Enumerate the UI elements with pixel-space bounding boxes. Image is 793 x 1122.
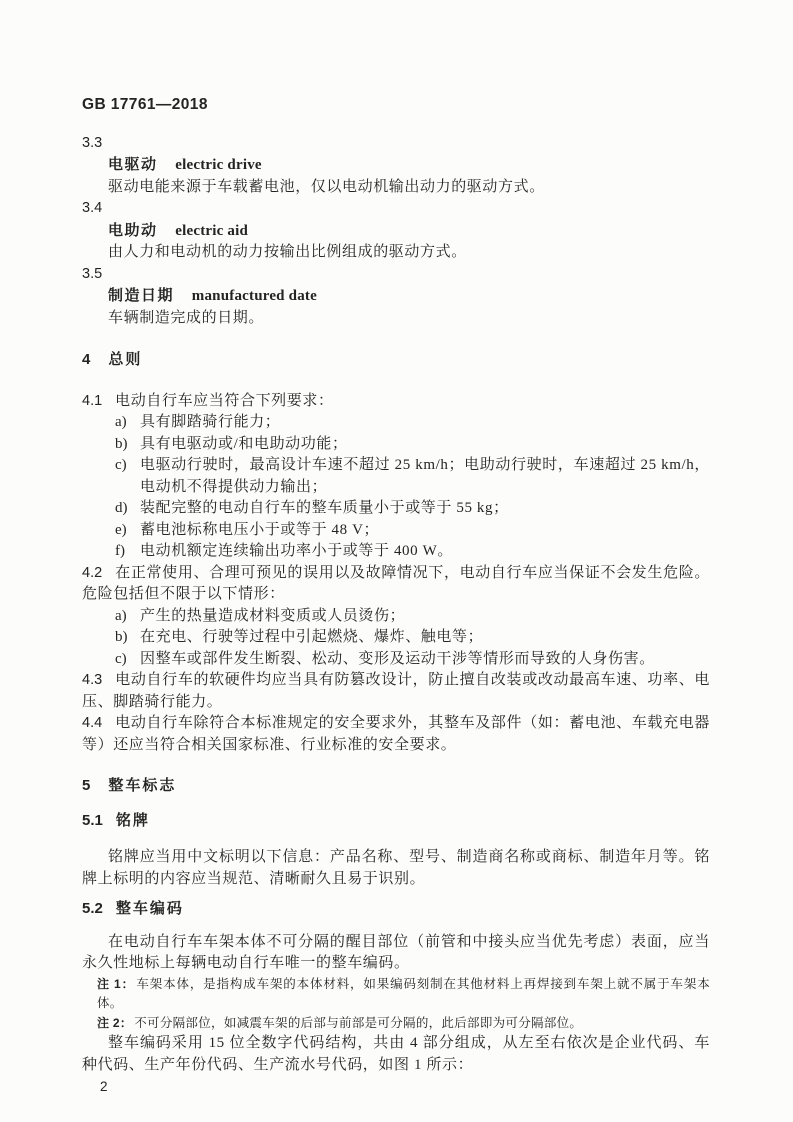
list-item-text: 具有电驱动或/和电助动功能； (140, 434, 710, 456)
term-english: electric drive (175, 157, 262, 173)
term-chinese: 电助动 (108, 222, 158, 239)
term-definition: 车辆制造完成的日期。 (82, 308, 710, 330)
clause-number: 4.3 (82, 672, 102, 688)
list-item: b)具有电驱动或/和电助动功能； (115, 434, 710, 456)
paragraph-5-2-1: 在电动自行车车架本体不可分隔的醒目部位（前管和中接头应当优先考虑）表面，应当永久… (82, 932, 710, 975)
list-item-label: d) (115, 498, 140, 520)
list-item: d)装配完整的电动自行车的整车质量小于或等于 55 kg； (115, 498, 710, 520)
term-section-3-5: 3.5 制造日期 manufactured date 车辆制造完成的日期。 (82, 264, 710, 330)
clause-4-3: 4.3电动自行车的软硬件均应当具有防篡改设计，防止擅自改装或改动最高车速、功率、… (82, 670, 710, 713)
list-item-text: 蓄电池标称电压小于或等于 48 V； (140, 520, 710, 542)
note-2: 注 2：不可分隔部位，如减震车架的后部与前部是可分隔的，此后部即为可分隔部位。 (82, 1014, 710, 1034)
clause-number: 3.5 (82, 264, 710, 286)
clause-number: 4.2 (82, 565, 102, 581)
page-number: 2 (100, 1076, 710, 1098)
term-definition: 由人力和电动机的动力按输出比例组成的驱动方式。 (82, 242, 710, 264)
term-chinese: 电驱动 (108, 156, 158, 173)
clause-number: 3.4 (82, 198, 710, 220)
list-item: a)具有脚踏骑行能力； (115, 412, 710, 434)
list-item: b)在充电、行驶等过程中引起燃烧、爆炸、触电等； (115, 627, 710, 649)
list-item: c)电驱动行驶时，最高设计车速不超过 25 km/h；电助动行驶时，车速超过 2… (115, 455, 710, 498)
list-item-label: c) (115, 455, 140, 498)
list-item: f)电动机额定连续输出功率小于或等于 400 W。 (115, 541, 710, 563)
subsection-title: 整车编码 (116, 900, 184, 917)
list-item-label: b) (115, 434, 140, 456)
hazard-list-4-2: a)产生的热量造成材料变质或人员烫伤； b)在充电、行驶等过程中引起燃烧、爆炸、… (115, 606, 710, 671)
list-item: e)蓄电池标称电压小于或等于 48 V； (115, 520, 710, 542)
subsection-heading-5-1: 5.1铭牌 (82, 810, 710, 832)
term-line: 制造日期 manufactured date (108, 285, 710, 308)
list-item-label: a) (115, 412, 140, 434)
term-chinese: 制造日期 (108, 287, 174, 304)
list-item-text: 因整车或部件发生断裂、松动、变形及运动干涉等情形而导致的人身伤害。 (140, 649, 710, 671)
note-1: 注 1：车架本体，是指构成车架的本体材料，如果编码刻制在其他材料上再焊接到车架上… (82, 975, 710, 1014)
clause-text: 电动自行车除符合本标准规定的安全要求外，其整车及部件（如：蓄电池、车载充电器等）… (82, 715, 710, 753)
clause-text: 电动自行车的软硬件均应当具有防篡改设计，防止擅自改装或改动最高车速、功率、电压、… (82, 672, 710, 710)
list-item-text: 在充电、行驶等过程中引起燃烧、爆炸、触电等； (140, 627, 710, 649)
list-item-text: 具有脚踏骑行能力； (140, 412, 710, 434)
list-item-label: c) (115, 649, 140, 671)
paragraph-5-2-2: 整车编码采用 15 位全数字代码结构，共由 4 部分组成，从左至右依次是企业代码… (82, 1033, 710, 1076)
clause-4-2: 4.2在正常使用、合理可预见的误用以及故障情况下，电动自行车应当保证不会发生危险… (82, 563, 710, 606)
term-section-3-4: 3.4 电助动 electric aid 由人力和电动机的动力按输出比例组成的驱… (82, 198, 710, 264)
section-title: 总则 (108, 351, 142, 368)
note-text: 车架本体，是指构成车架的本体材料，如果编码刻制在其他材料上再焊接到车架上就不属于… (97, 977, 710, 1011)
list-item-text: 装配完整的电动自行车的整车质量小于或等于 55 kg； (140, 498, 710, 520)
list-item-text: 产生的热量造成材料变质或人员烫伤； (140, 606, 710, 628)
clause-4-1: 4.1电动自行车应当符合下列要求： (82, 391, 710, 413)
subsection-number: 5.1 (82, 812, 103, 829)
clause-text: 电动自行车应当符合下列要求： (115, 393, 333, 409)
paragraph-5-1: 铭牌应当用中文标明以下信息：产品名称、型号、制造商名称或商标、制造年月等。铭牌上… (82, 847, 710, 890)
list-item-label: e) (115, 520, 140, 542)
page-content: GB 17761—2018 3.3 电驱动 electric drive 驱动电… (82, 94, 710, 1098)
note-label: 注 1： (97, 977, 134, 991)
section-number: 4 (82, 351, 90, 368)
requirement-list-4-1: a)具有脚踏骑行能力； b)具有电驱动或/和电助动功能； c)电驱动行驶时，最高… (115, 412, 710, 563)
term-definition: 驱动电能来源于车载蓄电池，仅以电动机输出动力的驱动方式。 (82, 177, 710, 199)
clause-4-4: 4.4电动自行车除符合本标准规定的安全要求外，其整车及部件（如：蓄电池、车载充电… (82, 713, 710, 756)
note-label: 注 2： (97, 1016, 132, 1030)
section-number: 5 (82, 777, 90, 794)
note-text: 不可分隔部位，如减震车架的后部与前部是可分隔的，此后部即为可分隔部位。 (134, 1016, 582, 1030)
clause-number: 3.3 (82, 133, 710, 155)
subsection-number: 5.2 (82, 900, 103, 917)
running-header: GB 17761—2018 (82, 94, 710, 116)
section-title: 整车标志 (108, 777, 176, 794)
standard-number: GB 17761—2018 (82, 96, 208, 113)
list-item: a)产生的热量造成材料变质或人员烫伤； (115, 606, 710, 628)
list-item-label: f) (115, 541, 140, 563)
list-item-text: 电驱动行驶时，最高设计车速不超过 25 km/h；电助动行驶时，车速超过 25 … (140, 455, 710, 498)
standard-document-page: GB 17761—2018 3.3 电驱动 electric drive 驱动电… (0, 0, 793, 1122)
list-item-text: 电动机额定连续输出功率小于或等于 400 W。 (140, 541, 710, 563)
clause-text: 在正常使用、合理可预见的误用以及故障情况下，电动自行车应当保证不会发生危险。危险… (82, 565, 710, 603)
section-heading-4: 4总则 (82, 349, 710, 371)
subsection-title: 铭牌 (116, 812, 150, 829)
term-line: 电助动 electric aid (108, 220, 710, 243)
term-english: manufactured date (192, 288, 317, 304)
term-section-3-3: 3.3 电驱动 electric drive 驱动电能来源于车载蓄电池，仅以电动… (82, 133, 710, 199)
list-item: c)因整车或部件发生断裂、松动、变形及运动干涉等情形而导致的人身伤害。 (115, 649, 710, 671)
clause-number: 4.1 (82, 393, 102, 409)
subsection-heading-5-2: 5.2整车编码 (82, 898, 710, 920)
term-line: 电驱动 electric drive (108, 154, 710, 177)
list-item-label: a) (115, 606, 140, 628)
term-english: electric aid (175, 223, 248, 239)
clause-number: 4.4 (82, 715, 102, 731)
section-heading-5: 5整车标志 (82, 775, 710, 797)
list-item-label: b) (115, 627, 140, 649)
